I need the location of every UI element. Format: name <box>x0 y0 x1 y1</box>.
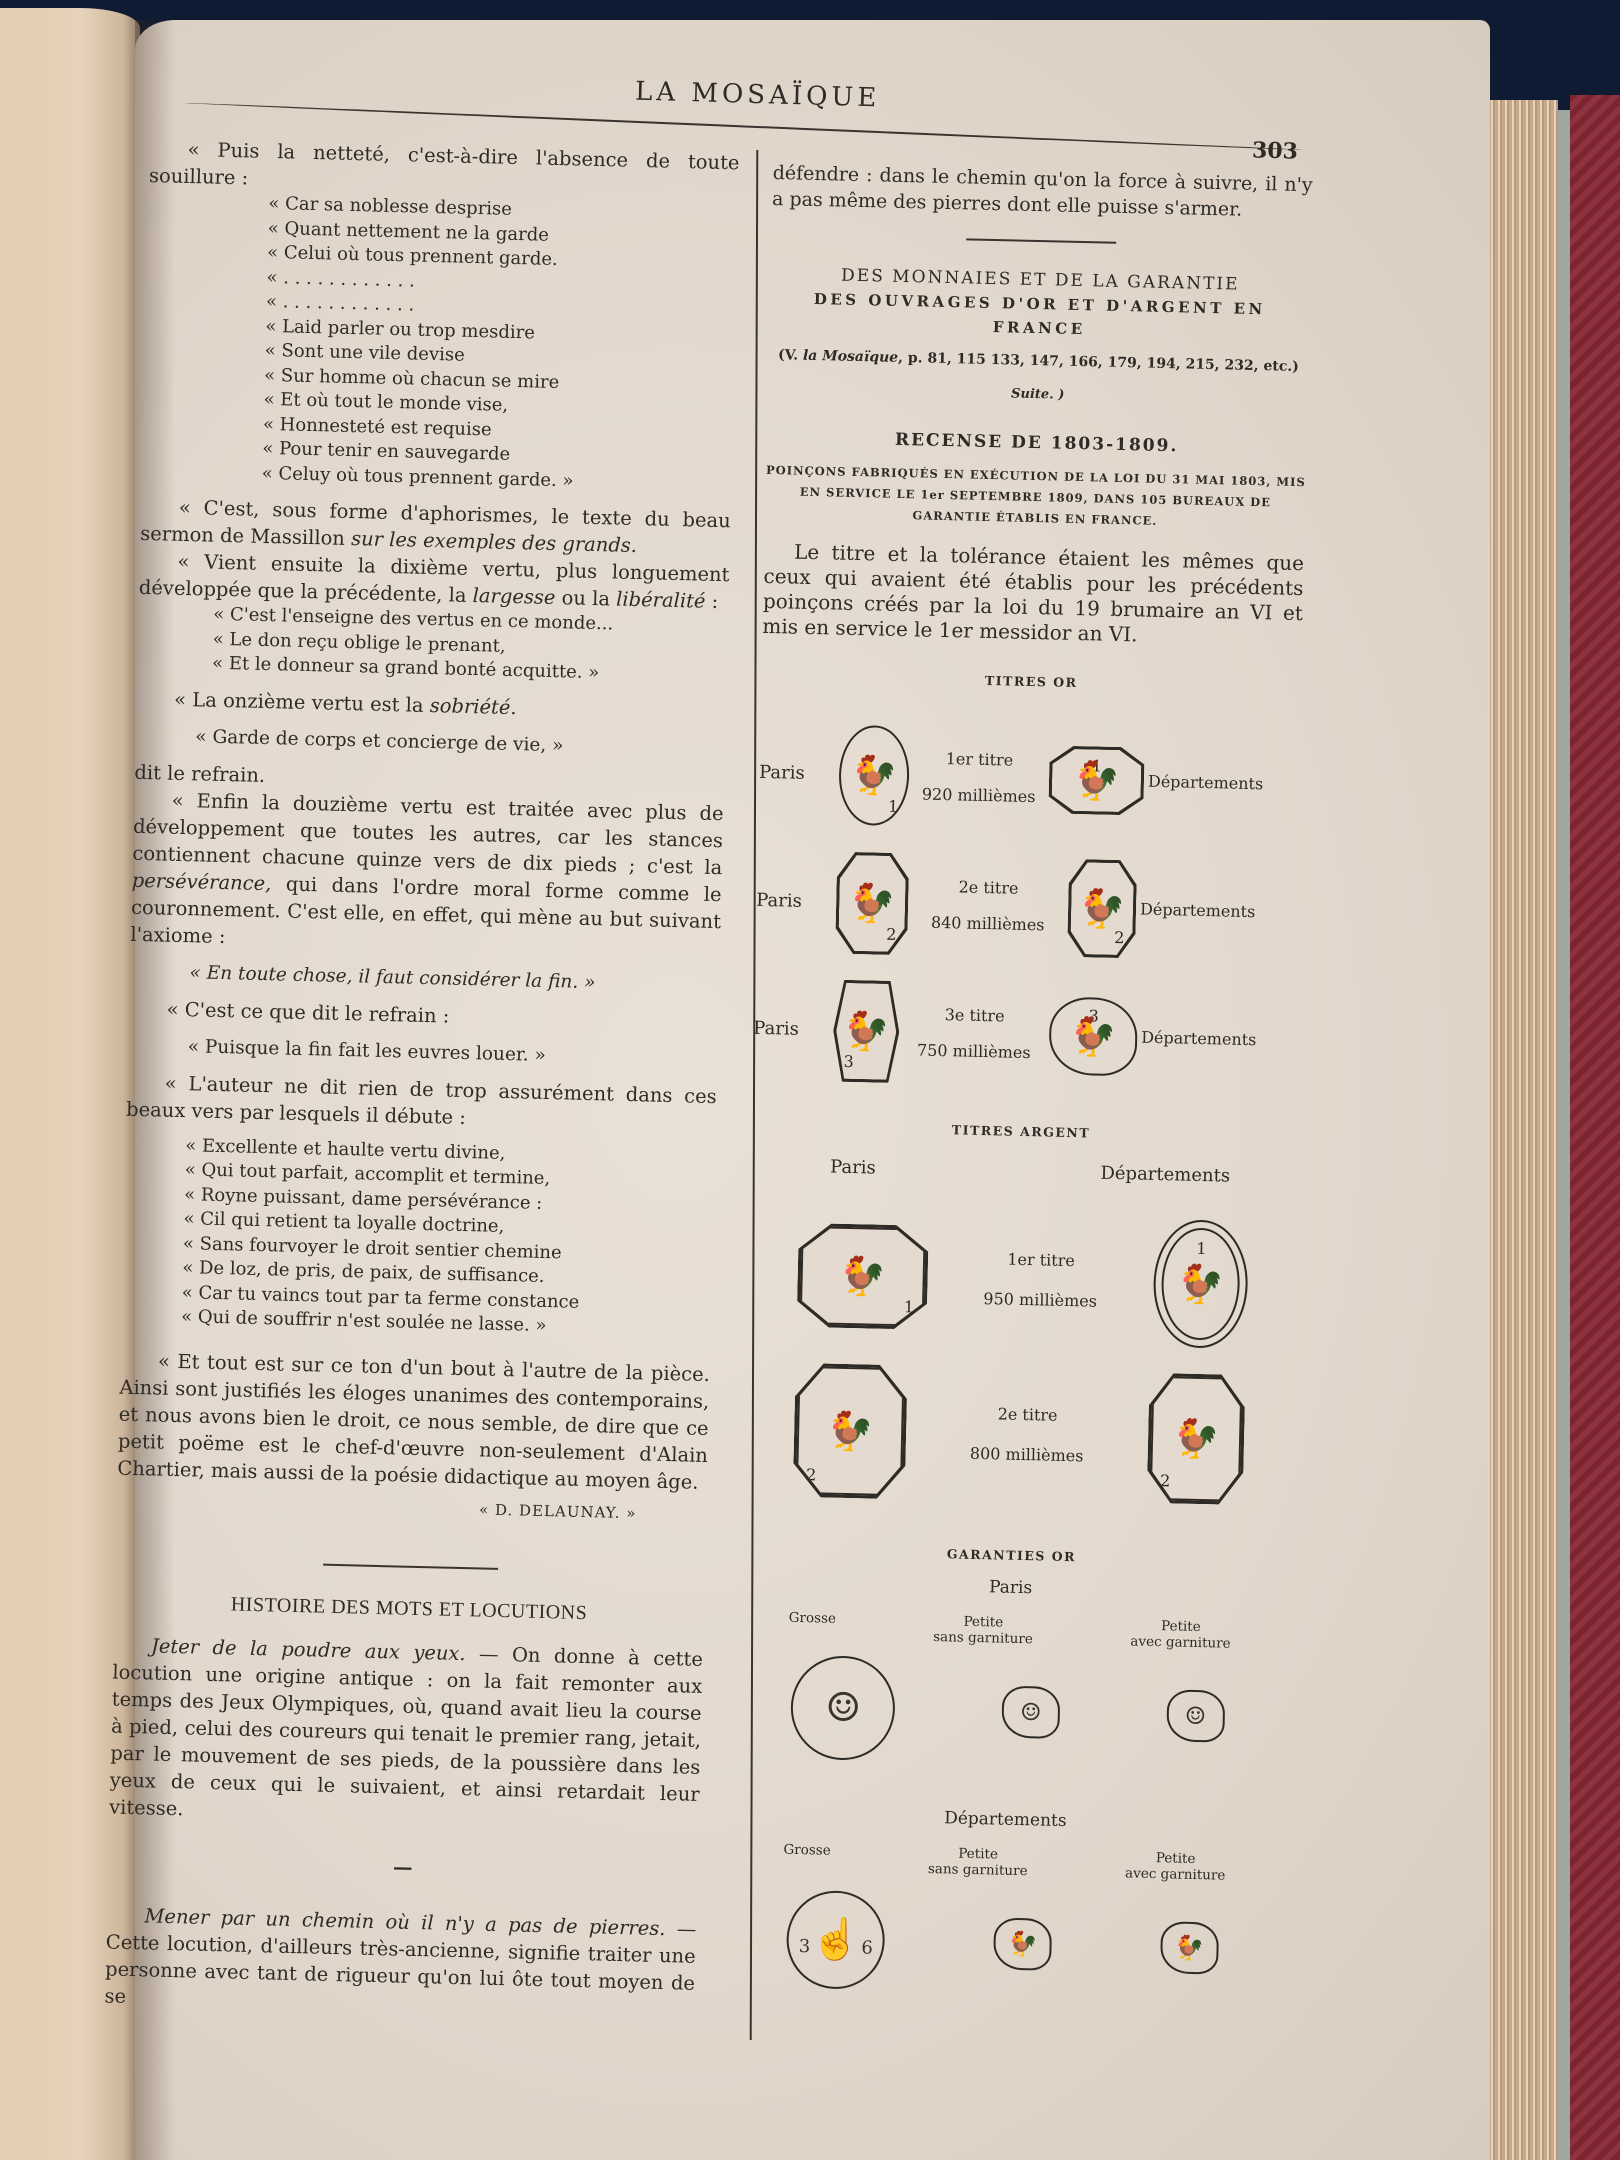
verse-block-perseverance: « Excellente et haulte vertu divine, « Q… <box>121 1132 716 1342</box>
paragraph-refrain-intro: « C'est ce que dit le refrain : <box>128 994 718 1035</box>
titre-argent-row-2: 🐓 2 2e titre 800 millièmes 🐓 2 <box>742 1349 1285 1521</box>
city-label: Paris <box>756 888 837 916</box>
titre-info: 2e titre 840 millièmes <box>907 868 1069 944</box>
col-departements: Départements <box>1100 1161 1230 1190</box>
titre-argent-row-1: 🐓 1 1er titre 950 millièmes 🐓 1 <box>746 1199 1289 1361</box>
axiom: « En toute chose, il faut considérer la … <box>129 957 719 998</box>
paragraph-conclusion: « Et tout est sur ce ton d'un bout à l'a… <box>117 1346 710 1495</box>
entry-chemin-sans-pierres: Mener par un chemin où il n'y a pas de p… <box>104 1901 696 2023</box>
rooster-stamp-argent-dept-1: 🐓 1 <box>1152 1219 1249 1349</box>
head-stamp-grosse-paris: ☺ <box>790 1655 896 1761</box>
book-binding <box>1570 95 1620 2160</box>
dept-label: Départements <box>1137 1024 1257 1053</box>
head-icon: ☺ <box>1020 1699 1042 1725</box>
rooster-icon: 🐓 <box>1073 767 1121 794</box>
continuation-text: défendre : dans le chemin qu'on la force… <box>772 160 1313 224</box>
binding-endpaper <box>1558 110 1570 2160</box>
titre-info: 3e titre 750 millièmes <box>898 996 1050 1071</box>
rooster-icon: 🐓 <box>839 1263 887 1290</box>
entry-poudre-aux-yeux: Jeter de la poudre aux yeux. — On donne … <box>109 1631 703 1834</box>
rooster-stamp-dept-3: 🐓 3 <box>1048 997 1138 1077</box>
hand-icon: ☝ <box>811 1926 861 1953</box>
rooster-icon: 🐓 <box>1069 1023 1117 1050</box>
article-reference: (V. la Mosaïque, p. 81, 115 133, 147, 16… <box>768 342 1308 380</box>
rooster-stamp-dept-2: 🐓 2 <box>1067 859 1137 959</box>
rooster-icon: 🐓 <box>1177 1270 1225 1297</box>
left-column: « Puis la netteté, c'est-à-dire l'absenc… <box>104 135 740 2023</box>
garantie-stamps-paris: ☺ ☺ ☺ <box>736 1641 1279 1783</box>
col-paris: Paris <box>830 1155 876 1182</box>
rooster-head-icon: 🐓 <box>1007 1931 1037 1958</box>
hand-stamp-grosse-departements: 3 ☝ 6 <box>786 1890 886 1990</box>
rooster-stamp-argent-paris-2: 🐓 2 <box>793 1363 908 1500</box>
garantie-place-paris: Paris <box>740 1569 1280 1607</box>
page-edges <box>1488 100 1558 2160</box>
rooster-stamp-argent-dept-2: 🐓 2 <box>1147 1373 1246 1505</box>
head-stamp-petite-sans-paris: ☺ <box>1001 1686 1060 1739</box>
rooster-stamp-argent-paris-1: 🐓 1 <box>797 1223 929 1330</box>
rooster-icon: 🐓 <box>1078 895 1126 922</box>
recense-heading: RECENSE DE 1803-1809. <box>766 424 1306 462</box>
refrain-verse: « Puisque la fin fait les euvres louer. … <box>127 1031 717 1072</box>
intro-paragraph: Le titre et la tolérance étaient les mêm… <box>762 539 1304 651</box>
titres-argent-heading: TITRES ARGENT <box>751 1113 1291 1151</box>
rooster-stamp-dept-1: 🐓 1 <box>1048 745 1145 815</box>
titre-or-row-1: Paris 🐓 1 1er titre 920 millièmes 🐓 1 Dé… <box>758 709 1301 849</box>
titres-or-heading: TITRES OR <box>761 663 1301 701</box>
titre-or-row-2: Paris 🐓 2 2e titre 840 millièmes 🐓 2 Dép… <box>755 837 1298 977</box>
article-rule <box>966 238 1116 243</box>
verse-block-largesse: « C'est l'enseigne des vertus en ce mond… <box>137 601 729 689</box>
rooster-stamp-paris-3: 🐓 3 <box>832 980 900 1083</box>
rooster-icon: 🐓 <box>850 762 898 789</box>
entry-separator: — <box>108 1846 698 1887</box>
city-label: Paris <box>759 760 840 788</box>
garanties-or-heading: GARANTIES OR <box>741 1537 1281 1575</box>
rooster-icon: 🐓 <box>1172 1425 1220 1452</box>
rooster-stamp-paris-1: 🐓 1 <box>838 725 910 827</box>
section-rule <box>323 1563 498 1569</box>
rooster-head-icon: 🐓 <box>1174 1935 1204 1962</box>
section-title: HISTOIRE DES MOTS ET LOCUTIONS <box>114 1588 704 1629</box>
titre-info: 1er titre 920 millièmes <box>908 740 1050 815</box>
head-stamp-petite-avec-paris: ☺ <box>1166 1689 1225 1742</box>
garantie-stamps-departements: 3 ☝ 6 🐓 🐓 <box>731 1873 1274 2015</box>
titre-or-row-3: Paris 🐓 3 3e titre 750 millièmes 🐓 3 Dép… <box>752 965 1295 1105</box>
city-label: Paris <box>753 1016 834 1044</box>
rooster-head-stamp-petite-sans-departements: 🐓 <box>993 1917 1052 1970</box>
page-number: 303 <box>1252 137 1299 164</box>
rooster-icon: 🐓 <box>842 1018 890 1045</box>
dept-label: Départements <box>1136 896 1256 925</box>
paragraph-perseverance: « Enfin la douzième vertu est traitée av… <box>130 785 724 961</box>
titre-info: 2e titre 800 millièmes <box>969 1394 1084 1477</box>
garantie-place-departements: Départements <box>735 1801 1275 1839</box>
right-column: défendre : dans le chemin qu'on la force… <box>731 160 1313 2015</box>
decree-text: POINÇONS FABRIQUÉS EN EXÉCUTION DE LA LO… <box>765 460 1306 535</box>
dept-label: Départements <box>1144 769 1264 798</box>
rooster-head-stamp-petite-avec-departements: 🐓 <box>1160 1921 1219 1974</box>
rooster-icon: 🐓 <box>826 1418 874 1445</box>
titre-info: 1er titre 950 millièmes <box>983 1239 1098 1322</box>
titres-argent-columns: Paris Départements <box>750 1153 1290 1191</box>
verse-block-nettete: « Car sa noblesse desprise « Quant nette… <box>141 189 738 497</box>
head-icon: ☺ <box>1184 1703 1206 1729</box>
article-suite: Suite. ) <box>768 376 1308 414</box>
verse-sobriete: « Garde de corps et concierge de vie, » <box>135 721 725 762</box>
rooster-stamp-paris-2: 🐓 2 <box>835 852 909 956</box>
head-icon: ☺ <box>825 1695 861 1722</box>
rooster-icon: 🐓 <box>848 890 896 917</box>
